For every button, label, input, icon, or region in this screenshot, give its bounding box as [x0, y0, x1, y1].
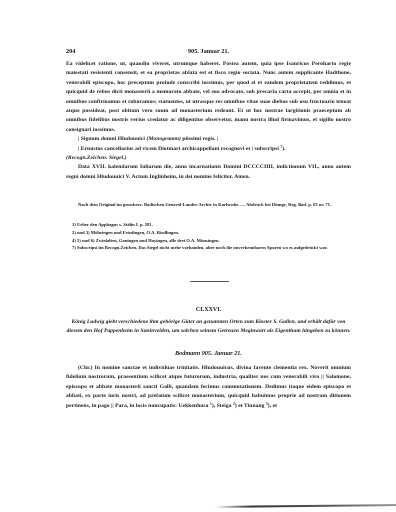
previous-charter-text: Ea videlicet ratione, ut, quandiu vivere… — [66, 60, 351, 182]
footnote: 7) Subscripsi im Recogn.Zeichen. Das Sie… — [72, 244, 351, 252]
monogram-mark: (Monogramm) — [146, 136, 180, 142]
footnote: 4) 5) und 6) Zwiefalten, Gauingen und Ha… — [72, 237, 351, 245]
charter-number: CLXXVI. — [66, 307, 351, 313]
footnotes: 1) Ueber den Apphagus s. Stälin I. p. 28… — [72, 221, 351, 252]
running-title: 905. Januar 21. — [66, 48, 351, 55]
scan-edge-line — [215, 504, 396, 507]
source-note: Nach dem Original im grossherz. Badische… — [66, 201, 351, 209]
recognition-line: | Ernustus cancellarius ad vicem Diotmar… — [66, 145, 351, 154]
footnote: 1) Ueber den Apphagus s. Stälin I. p. 28… — [72, 221, 351, 229]
recognition-marks: (Recogn.Zeichen. Siegel.) — [66, 154, 351, 163]
charter-paragraph: Ea videlicet ratione, ut, quandiu vivere… — [66, 60, 351, 135]
charter-place-date: Bodmann 905. Januar 21. — [66, 350, 351, 357]
chrismon-mark: (Chr.) — [78, 365, 93, 371]
running-header: 204 905. Januar 21. — [66, 48, 351, 58]
footnote: 2) und 3) Möhringen und Friedingen, O.A.… — [72, 229, 351, 237]
charter-paragraph: (Chr.) In nomine sanctae et individuae t… — [66, 364, 351, 411]
signum-line: | Signum domni Hludouuici (Monogramm) pi… — [66, 135, 351, 144]
dating-clause: Data XVII. kalendarum Iuliarum die, anno… — [66, 163, 351, 182]
section-divider — [190, 281, 229, 282]
charter-text: (Chr.) In nomine sanctae et individuae t… — [66, 364, 351, 411]
charter-summary: König Ludwig giebt verschiedene ihm gehö… — [66, 318, 351, 337]
